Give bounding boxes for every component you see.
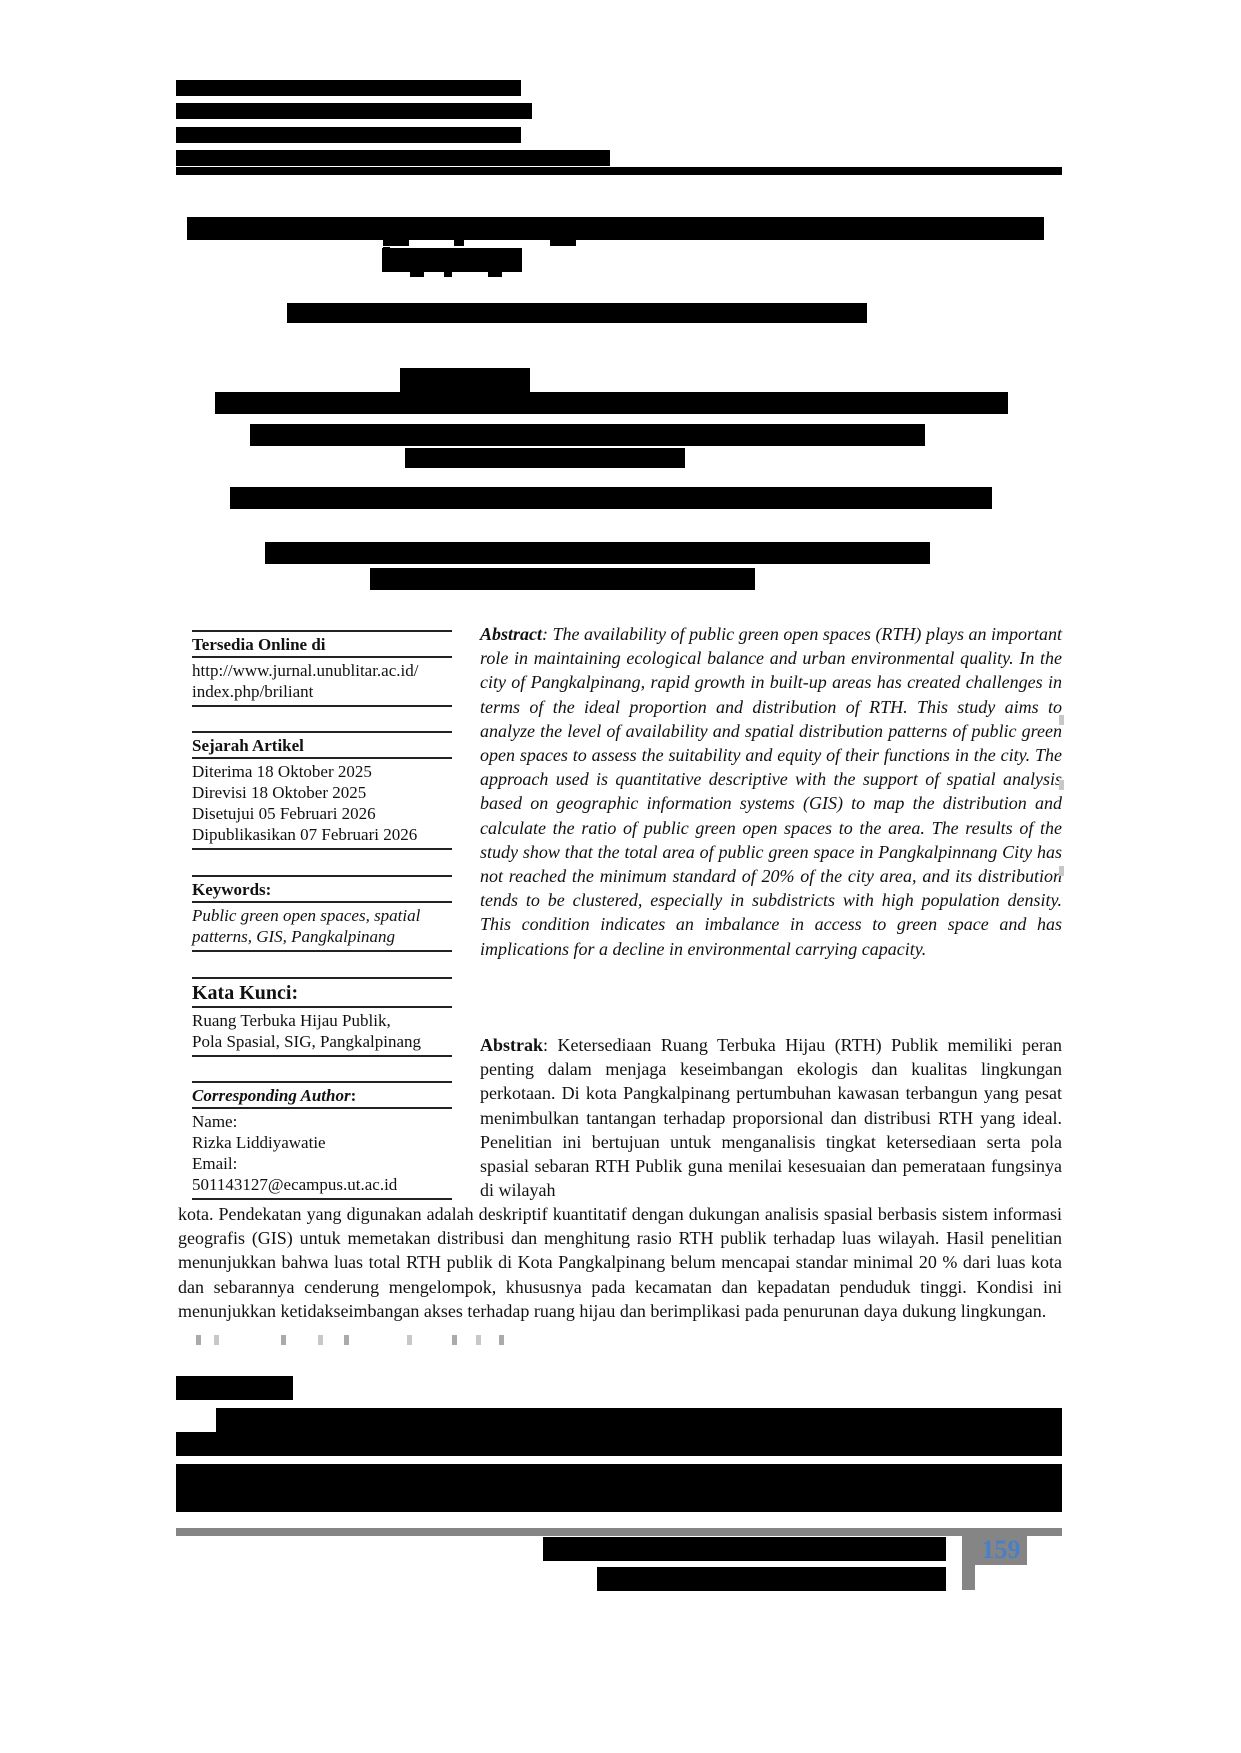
available-online-section: Tersedia Online di http://www.jurnal.unu… (192, 630, 452, 707)
authors (287, 303, 597, 323)
journal-header-line-3 (176, 127, 521, 143)
corresponding-author-section: Corresponding Author: Name: Rizka Liddiy… (192, 1081, 452, 1200)
journal-url-line-1[interactable]: http://www.jurnal.unublitar.ac.id/ (192, 660, 452, 681)
authors-tail (587, 303, 867, 323)
scan-artifact (1059, 866, 1064, 876)
divider (192, 950, 452, 952)
author-name: Rizka Liddiyawatie (192, 1132, 452, 1153)
journal-url-link[interactable]: http://www.jurnal.unublitar.ac.id/ index… (192, 658, 452, 705)
history-accepted: Disetujui 05 Februari 2026 (192, 803, 452, 824)
keywords-heading: Keywords: (192, 877, 452, 901)
divider (192, 1055, 452, 1057)
abstrak-label: Abstrak (480, 1035, 543, 1055)
abstrak-text-part-1: : Ketersediaan Ruang Terbuka Hijau (RTH)… (480, 1035, 1062, 1200)
author-email-label: Email: (192, 1153, 452, 1174)
article-history-section: Sejarah Artikel Diterima 18 Oktober 2025… (192, 731, 452, 850)
journal-header-line-4 (176, 150, 610, 166)
footer-journal-line-1 (543, 1537, 946, 1561)
kata-kunci-section: Kata Kunci: Ruang Terbuka Hijau Publik, … (192, 977, 452, 1057)
author-name-label: Name: (192, 1111, 452, 1132)
kata-kunci-line-2: Pola Spasial, SIG, Pangkalpinang (192, 1031, 452, 1052)
footer-rule (176, 1528, 1062, 1536)
corresponding-author-label: Corresponding Author (192, 1086, 351, 1105)
article-history-heading: Sejarah Artikel (192, 733, 452, 757)
footer-journal-line-2 (597, 1567, 946, 1591)
abstract-english: Abstract: The availability of public gre… (480, 622, 1062, 961)
scan-artifact (1059, 780, 1064, 790)
keywords-section: Keywords: Public green open spaces, spat… (192, 875, 452, 952)
page-number-bar (962, 1530, 975, 1590)
keywords-line-1: Public green open spaces, spatial (192, 905, 452, 926)
colon: : (351, 1086, 357, 1105)
history-revised: Direvisi 18 Oktober 2025 (192, 782, 452, 803)
kata-kunci-line-1: Ruang Terbuka Hijau Publik, (192, 1010, 452, 1031)
article-info-sidebar: Tersedia Online di http://www.jurnal.unu… (192, 630, 452, 1200)
scan-artifact (1059, 715, 1064, 725)
divider (192, 1198, 452, 1200)
page-number: 159 (975, 1535, 1027, 1565)
abstract-indonesian-continued: kota. Pendekatan yang digunakan adalah d… (178, 1202, 1062, 1323)
author-email-link[interactable]: 501143127@ecampus.ut.ac.id (192, 1174, 452, 1195)
journal-header-line-2 (176, 103, 532, 119)
divider (192, 848, 452, 850)
history-received: Diterima 18 Oktober 2025 (192, 761, 452, 782)
available-online-heading: Tersedia Online di (192, 632, 452, 656)
abstract-label: Abstract (480, 624, 542, 644)
abstract-text: : The availability of public green open … (480, 624, 1062, 959)
abstract-indonesian: Abstrak: Ketersediaan Ruang Terbuka Hija… (480, 1033, 1062, 1202)
journal-header-line-1 (176, 80, 521, 96)
history-published: Dipublikasikan 07 Februari 2026 (192, 824, 452, 845)
corresponding-author-heading: Corresponding Author: (192, 1083, 452, 1107)
journal-url-line-2[interactable]: index.php/briliant (192, 681, 452, 702)
divider (192, 705, 452, 707)
keywords-line-2: patterns, GIS, Pangkalpinang (192, 926, 452, 947)
citation-heading (176, 1376, 293, 1400)
header-rule (176, 167, 1062, 175)
kata-kunci-heading: Kata Kunci: (192, 979, 452, 1006)
